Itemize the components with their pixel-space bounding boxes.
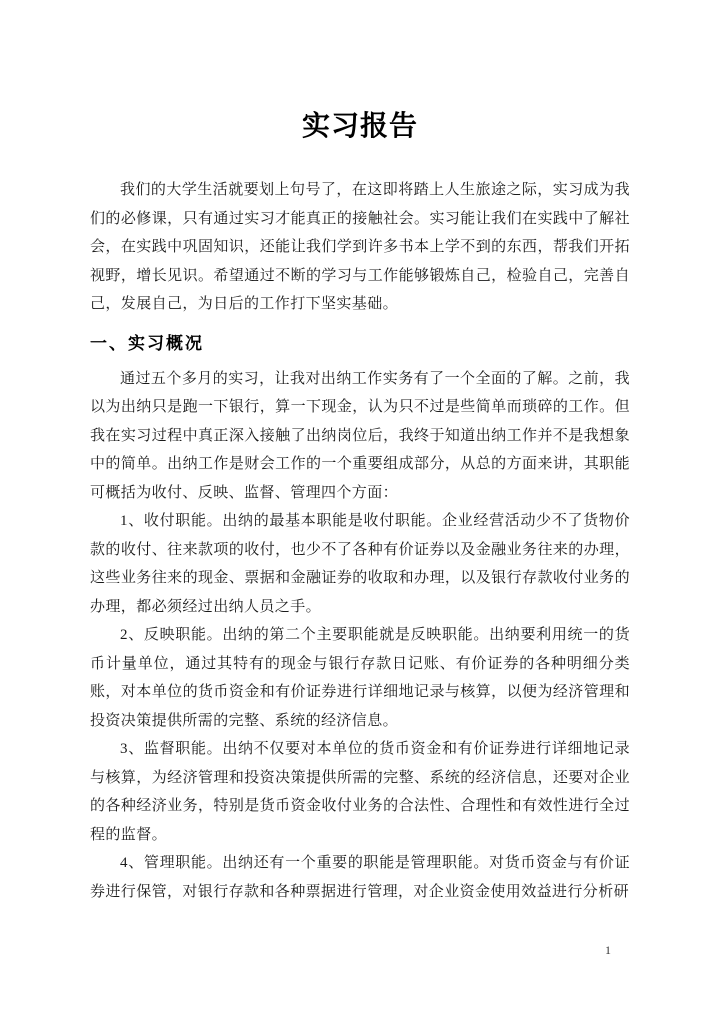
section-paragraph-management-function: 4、管理职能。出纳还有一个重要的职能是管理职能。对货币资金与有价证券进行保管，对… <box>90 849 630 906</box>
document-page: 实习报告 我们的大学生活就要划上句号了，在这即将踏上人生旅途之际，实习成为我们的… <box>0 0 720 1017</box>
section-paragraph-supervision-function: 3、监督职能。出纳不仅要对本单位的货币资金和有价证券进行详细地记录与核算，为经济… <box>90 735 630 849</box>
section-paragraph-overview: 通过五个多月的实习，让我对出纳工作实务有了一个全面的了解。之前，我以为出纳只是跑… <box>90 365 630 508</box>
intro-paragraph: 我们的大学生活就要划上句号了，在这即将踏上人生旅途之际，实习成为我们的必修课，只… <box>90 176 630 319</box>
document-content: 实习报告 我们的大学生活就要划上句号了，在这即将踏上人生旅途之际，实习成为我们的… <box>90 0 630 906</box>
section-paragraph-receipt-payment-function: 1、收付职能。出纳的最基本职能是收付职能。企业经营活动少不了货物价款的收付、往来… <box>90 507 630 621</box>
page-number: 1 <box>596 942 620 958</box>
section-paragraph-reflection-function: 2、反映职能。出纳的第二个主要职能就是反映职能。出纳要利用统一的货币计量单位，通… <box>90 621 630 735</box>
section-heading-overview: 一、实习概况 <box>90 333 630 355</box>
document-title: 实习报告 <box>90 106 630 148</box>
